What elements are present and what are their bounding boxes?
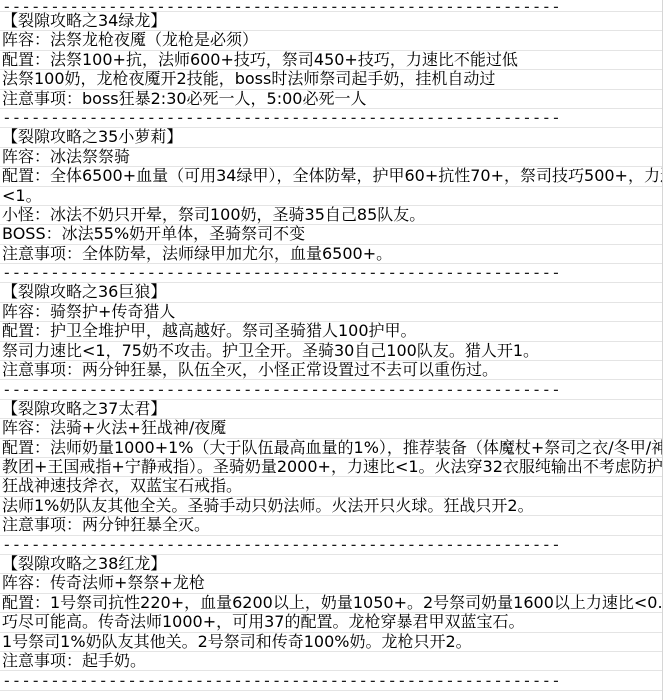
text-row: 阵容：法骑+火法+狂战神/夜魇 (0, 419, 662, 438)
text-row: 法祭100奶，龙枪夜魇开2技能，boss时法师祭司起手奶，挂机自动过 (0, 70, 662, 89)
strategy-sheet: ----------------------------------------… (0, 0, 667, 700)
line-text: 配置：护卫全堆护甲，越高越好。祭司圣骑猎人100护甲。 (2, 322, 417, 340)
section-title: 【裂隙攻略之34绿龙】 (2, 12, 166, 30)
text-row: 注意事项：起手奶。 (0, 652, 662, 671)
line-text: 注意事项：两分钟狂暴，队伍全灭，小怪正常设置过不去可以重伤过。 (2, 361, 498, 379)
separator-row: ----------------------------------------… (0, 264, 662, 283)
separator-dashes: ----------------------------------------… (2, 1, 563, 12)
line-text: 巧尽可能高。传奇法师1000+，可用37的配置。龙枪穿暴君甲双蓝宝石。 (2, 613, 525, 631)
separator-dashes: ----------------------------------------… (2, 536, 563, 554)
text-row: 注意事项：boss狂暴2:30必死一人，5:00必死一人 (0, 90, 662, 109)
text-row: 注意事项：全体防晕，法师绿甲加尤尔，血量6500+。 (0, 245, 662, 264)
text-row: 小怪：冰法不奶只开晕，祭司100奶，圣骑35自己85队友。 (0, 206, 662, 225)
line-text: 配置：全体6500+血量（可用34绿甲），全体防晕，护甲60+抗性70+，祭司技… (2, 167, 662, 185)
text-row: 阵容：骑祭护+传奇猎人 (0, 303, 662, 322)
line-text: 配置：法师奶量1000+1%（大于队伍最高血量的1%），推荐装备（体魔杖+祭司之… (2, 439, 662, 457)
text-row: 配置：护卫全堆护甲，越高越好。祭司圣骑猎人100护甲。 (0, 322, 662, 341)
separator-row: ----------------------------------------… (0, 380, 662, 399)
line-text: 阵容：法祭龙枪夜魇（龙枪是必须） (2, 31, 258, 49)
section-title-row: 【裂隙攻略之34绿龙】 (0, 12, 662, 31)
text-row: BOSS：冰法55%奶开单体，圣骑祭司不变 (0, 225, 662, 244)
separator-row: ----------------------------------------… (0, 671, 662, 690)
text-row: 阵容：传奇法师+祭祭+龙枪 (0, 574, 662, 593)
text-row: 祭司力速比<1，75奶不攻击。护卫全开。圣骑30自己100队友。猎人开1。 (0, 342, 662, 361)
line-text: 1号祭司1%奶队友其他关。2号祭司和传奇100%奶。龙枪只开2。 (2, 633, 472, 651)
line-text: 法祭100奶，龙枪夜魇开2技能，boss时法师祭司起手奶，挂机自动过 (2, 70, 495, 88)
text-row: 法师1%奶队友其他全关。圣骑手动只奶法师。火法开只火球。狂战只开2。 (0, 497, 662, 516)
section-title-row: 【裂隙攻略之38红龙】 (0, 555, 662, 574)
line-text: 小怪：冰法不奶只开晕，祭司100奶，圣骑35自己85队友。 (2, 206, 425, 224)
line-text: 教团+王国戒指+宁静戒指）。圣骑奶量2000+，力速比<1。火法穿32衣服纯输出… (2, 458, 662, 476)
text-row: 阵容：冰法祭祭骑 (0, 148, 662, 167)
line-text: 阵容：冰法祭祭骑 (2, 148, 130, 166)
section-title-row: 【裂隙攻略之36巨狼】 (0, 283, 662, 302)
line-text: 祭司力速比<1，75奶不攻击。护卫全开。圣骑30自己100队友。猎人开1。 (2, 342, 539, 360)
text-row: 1号祭司1%奶队友其他关。2号祭司和传奇100%奶。龙枪只开2。 (0, 633, 662, 652)
text-row: 配置：1号祭司抗性220+，血量6200以上，奶量1050+。2号祭司奶量160… (0, 594, 662, 613)
text-row: 配置：法祭100+抗，法师600+技巧，祭司450+技巧，力速比不能过低 (0, 51, 662, 70)
separator-dashes: ----------------------------------------… (2, 264, 563, 282)
separator-row: ----------------------------------------… (0, 109, 662, 128)
text-row: 注意事项：两分钟狂暴全灭。 (0, 516, 662, 535)
line-text: 配置：法祭100+抗，法师600+技巧，祭司450+技巧，力速比不能过低 (2, 51, 518, 69)
line-text: 阵容：传奇法师+祭祭+龙枪 (2, 574, 205, 592)
section-title-row: 【裂隙攻略之35小萝莉】 (0, 128, 662, 147)
separator-row: ----------------------------------------… (0, 0, 662, 12)
line-text: <1。 (2, 187, 42, 205)
line-text: 配置：1号祭司抗性220+，血量6200以上，奶量1050+。2号祭司奶量160… (2, 594, 662, 612)
line-text: 阵容：法骑+火法+狂战神/夜魇 (2, 419, 226, 437)
text-row: 注意事项：两分钟狂暴，队伍全灭，小怪正常设置过不去可以重伤过。 (0, 361, 662, 380)
line-text: 注意事项：两分钟狂暴全灭。 (2, 516, 210, 534)
separator-dashes: ----------------------------------------… (2, 672, 563, 690)
separator-dashes: ----------------------------------------… (2, 109, 563, 127)
section-title: 【裂隙攻略之38红龙】 (2, 555, 166, 573)
line-text: 注意事项：起手奶。 (2, 652, 146, 670)
text-row: 阵容：法祭龙枪夜魇（龙枪是必须） (0, 31, 662, 50)
section-title-row: 【裂隙攻略之37太君】 (0, 400, 662, 419)
line-text: 注意事项：全体防晕，法师绿甲加尤尔，血量6500+。 (2, 245, 392, 263)
sheet-column: ----------------------------------------… (0, 0, 663, 700)
section-title: 【裂隙攻略之37太君】 (2, 400, 166, 418)
line-text: 狂战神速技斧衣，双蓝宝石戒指。 (2, 477, 242, 495)
text-row: 配置：全体6500+血量（可用34绿甲），全体防晕，护甲60+抗性70+，祭司技… (0, 167, 662, 186)
line-text: 阵容：骑祭护+传奇猎人 (2, 303, 175, 321)
text-row: 狂战神速技斧衣，双蓝宝石戒指。 (0, 477, 662, 496)
text-row: <1。 (0, 187, 662, 206)
separator-dashes: ----------------------------------------… (2, 381, 563, 399)
text-row: 巧尽可能高。传奇法师1000+，可用37的配置。龙枪穿暴君甲双蓝宝石。 (0, 613, 662, 632)
line-text: 法师1%奶队友其他全关。圣骑手动只奶法师。火法开只火球。狂战只开2。 (2, 497, 534, 515)
text-row: 教团+王国戒指+宁静戒指）。圣骑奶量2000+，力速比<1。火法穿32衣服纯输出… (0, 458, 662, 477)
text-row: 配置：法师奶量1000+1%（大于队伍最高血量的1%），推荐装备（体魔杖+祭司之… (0, 439, 662, 458)
line-text: 注意事项：boss狂暴2:30必死一人，5:00必死一人 (2, 90, 366, 108)
section-title: 【裂隙攻略之36巨狼】 (2, 283, 166, 301)
section-title: 【裂隙攻略之35小萝莉】 (2, 128, 182, 146)
sheet-rows: ----------------------------------------… (0, 0, 662, 691)
separator-row: ----------------------------------------… (0, 536, 662, 555)
line-text: BOSS：冰法55%奶开单体，圣骑祭司不变 (2, 225, 305, 243)
